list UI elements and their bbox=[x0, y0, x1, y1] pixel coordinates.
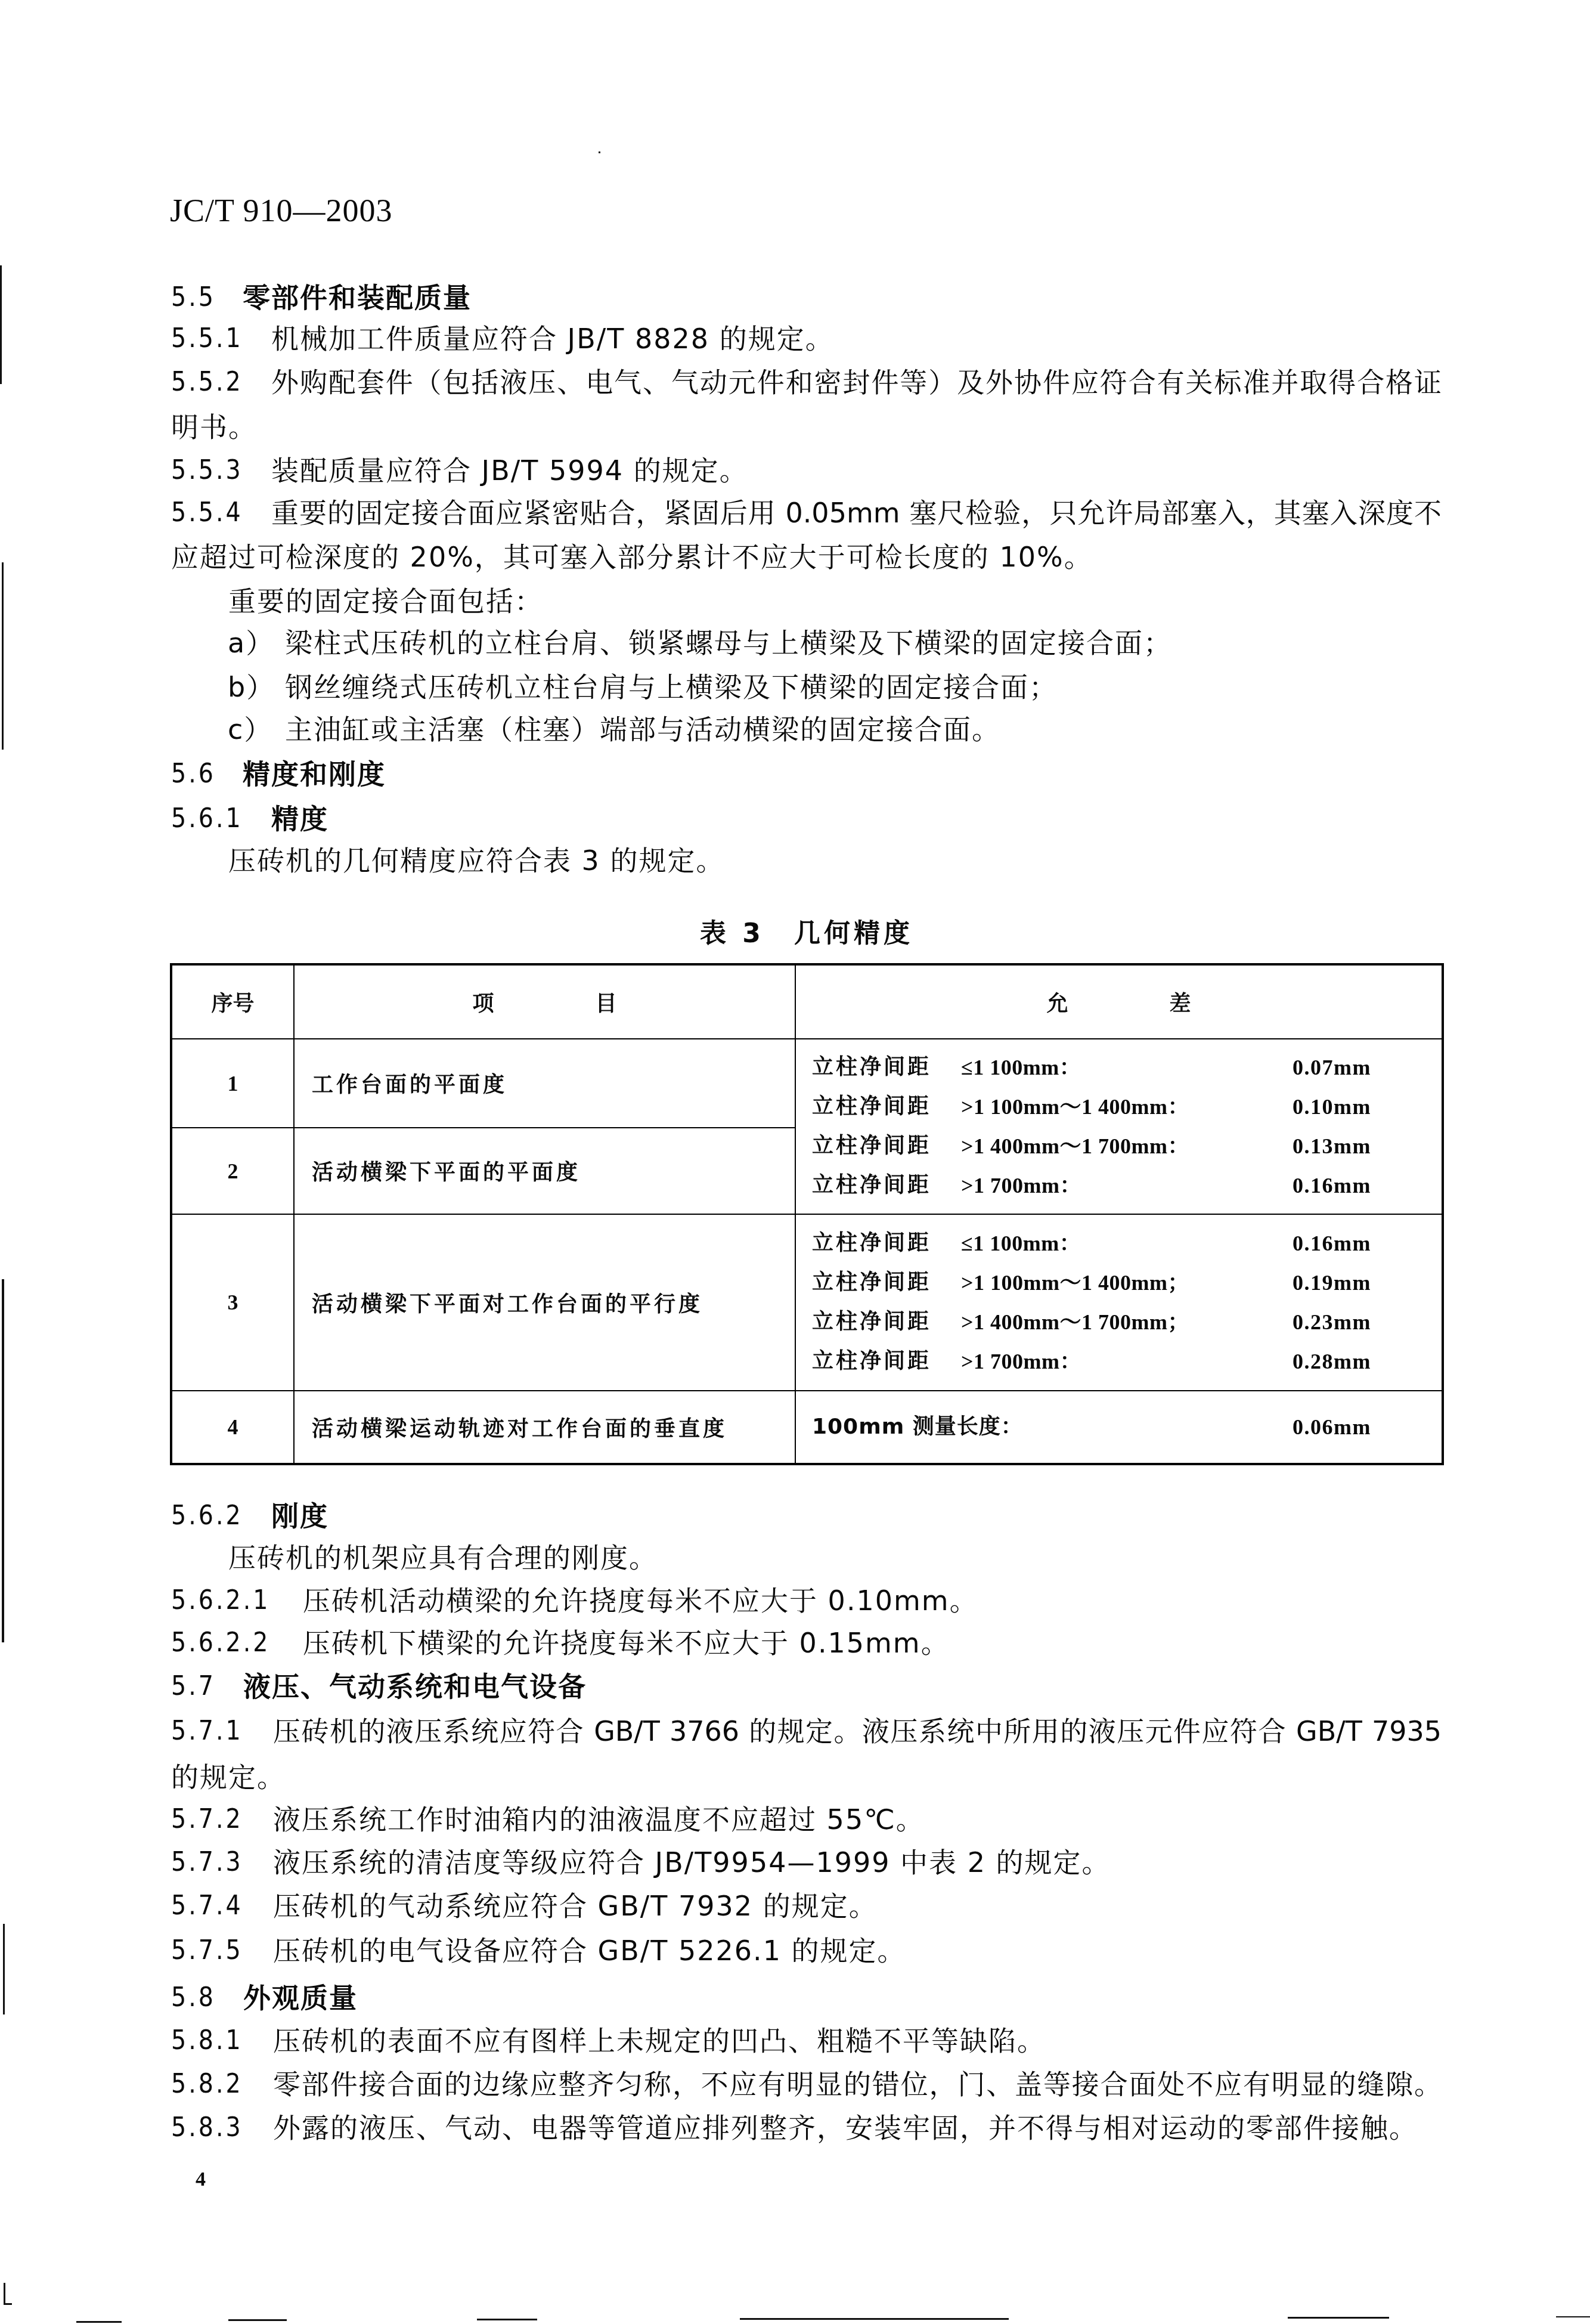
table-row: 1 工作台面的平面度 立柱净间距 ≤1 100mm： 0.07mm 立柱净间距 … bbox=[171, 1039, 1443, 1128]
clause-text: 压砖机的液压系统应符合 GB/T 3766 的规定。液压系统中所用的液压元件应符… bbox=[273, 1713, 1442, 1749]
tolerance-value: 0.13mm bbox=[1293, 1127, 1371, 1166]
clause-number: 5.6.2 bbox=[171, 1498, 243, 1534]
clause-title: 精度和刚度 bbox=[243, 756, 386, 792]
tolerance-cell: 立柱净间距 ≤1 100mm： 0.16mm 立柱净间距 >1 100mm～1 … bbox=[795, 1214, 1443, 1391]
tolerance-line: 立柱净间距 ≤1 100mm： 0.07mm bbox=[796, 1048, 1442, 1087]
scan-edge-mark bbox=[2, 562, 4, 750]
header-item: 项目 bbox=[294, 964, 795, 1039]
tolerance-line: 立柱净间距 >1 400mm～1 700mm； 0.23mm bbox=[796, 1302, 1442, 1342]
tolerance-value: 0.16mm bbox=[1293, 1166, 1371, 1205]
clause-text: 压砖机的气动系统应符合 GB/T 7932 的规定。 bbox=[273, 1888, 878, 1924]
clause-text: 的规定。 bbox=[171, 1759, 286, 1795]
table-header-row: 序号 项目 允差 bbox=[171, 964, 1443, 1039]
tolerance-line: 立柱净间距 >1 100mm～1 400mm； 0.19mm bbox=[796, 1263, 1442, 1302]
clause-text: 明书。 bbox=[171, 409, 257, 445]
scan-bottom-mark bbox=[740, 2318, 1009, 2320]
scan-bottom-mark bbox=[228, 2319, 287, 2321]
tolerance-label: 立柱净间距 bbox=[812, 1127, 931, 1166]
table-caption: 表 3 几何精度 bbox=[628, 916, 985, 952]
page-number: 4 bbox=[196, 2168, 206, 2192]
tolerance-label: 立柱净间距 bbox=[812, 1048, 931, 1087]
header-item-char: 目 bbox=[596, 992, 617, 1016]
clause-number: 5.5.1 bbox=[171, 321, 243, 357]
standard-code-header: JC/T 910—2003 bbox=[170, 193, 393, 228]
scan-corner-mark bbox=[4, 2283, 5, 2304]
list-item-text: 钢丝缠绕式压砖机立柱台肩与上横梁及下横梁的固定接合面； bbox=[285, 669, 1058, 705]
geometric-accuracy-table: 序号 项目 允差 1 工作台面的平面度 立柱净间距 ≤1 100mm： 0.07… bbox=[170, 963, 1444, 1465]
list-intro-text: 重要的固定接合面包括： bbox=[228, 583, 543, 619]
tolerance-range: >1 400mm～1 700mm： bbox=[961, 1127, 1189, 1166]
clause-title: 液压、气动系统和电气设备 bbox=[243, 1669, 587, 1704]
row-item: 活动横梁下平面的平面度 bbox=[294, 1128, 795, 1214]
row-item: 活动横梁下平面对工作台面的平行度 bbox=[294, 1214, 795, 1391]
header-tolerance-char: 差 bbox=[1170, 992, 1191, 1016]
scan-bottom-mark bbox=[76, 2321, 122, 2323]
tolerance-range: >1 700mm： bbox=[961, 1342, 1081, 1381]
clause-number: 5.7.4 bbox=[171, 1888, 243, 1924]
table-row: 4 活动横梁运动轨迹对工作台面的垂直度 100mm 测量长度： 0.06mm bbox=[171, 1391, 1443, 1464]
document-page: JC/T 910—2003 5.5 零部件和装配质量 5.5.1 机械加工件质量… bbox=[0, 0, 1590, 2324]
clause-text: 压砖机的几何精度应符合表 3 的规定。 bbox=[228, 843, 725, 878]
clause-text: 压砖机下横梁的允许挠度每米不应大于 0.15mm。 bbox=[303, 1625, 950, 1661]
clause-number: 5.7 bbox=[171, 1669, 216, 1704]
clause-number: 5.7.1 bbox=[171, 1713, 243, 1749]
clause-text: 应超过可检深度的 20%，其可塞入部分累计不应大于可检长度的 10%。 bbox=[171, 539, 1093, 575]
clause-number: 5.5 bbox=[171, 280, 216, 315]
tolerance-label: 立柱净间距 bbox=[812, 1224, 931, 1263]
tolerance-line: 立柱净间距 >1 400mm～1 700mm： 0.13mm bbox=[796, 1127, 1442, 1166]
clause-text: 压砖机活动横梁的允许挠度每米不应大于 0.10mm。 bbox=[303, 1583, 978, 1619]
clause-number: 5.8.1 bbox=[171, 2023, 243, 2059]
clause-text: 外购配套件（包括液压、电气、气动元件和密封件等）及外协件应符合有关标准并取得合格… bbox=[271, 364, 1442, 400]
tolerance-value: 0.19mm bbox=[1293, 1263, 1371, 1302]
clause-text: 液压系统的清洁度等级应符合 JB/T9954—1999 中表 2 的规定。 bbox=[273, 1845, 1111, 1880]
clause-text: 外露的液压、气动、电器等管道应排列整齐，安装牢固，并不得与相对运动的零部件接触。 bbox=[273, 2110, 1418, 2146]
clause-text: 液压系统工作时油箱内的油液温度不应超过 55℃。 bbox=[273, 1802, 925, 1837]
tolerance-label: 立柱净间距 bbox=[812, 1166, 931, 1205]
clause-text: 重要的固定接合面应紧密贴合，紧固后用 0.05mm 塞尺检验，只允许局部塞入，其… bbox=[271, 495, 1442, 531]
clause-title: 外观质量 bbox=[243, 1980, 358, 2016]
header-tolerance-char: 允 bbox=[1046, 992, 1068, 1016]
clause-number: 5.5.4 bbox=[171, 495, 243, 531]
list-item-text: 梁柱式压砖机的立柱台肩、锁紧螺母与上横梁及下横梁的固定接合面； bbox=[285, 625, 1172, 661]
scan-bottom-mark bbox=[1288, 2317, 1389, 2319]
clause-title: 零部件和装配质量 bbox=[243, 280, 472, 315]
scan-corner-mark bbox=[4, 2303, 12, 2305]
tolerance-range: ≤1 100mm： bbox=[961, 1224, 1081, 1263]
tolerance-value: 0.07mm bbox=[1293, 1048, 1371, 1087]
row-item: 活动横梁运动轨迹对工作台面的垂直度 bbox=[294, 1391, 795, 1464]
scan-bottom-mark bbox=[477, 2319, 537, 2320]
list-item-label: a） bbox=[228, 625, 274, 661]
scan-edge-mark bbox=[3, 1924, 5, 2014]
tolerance-value: 0.10mm bbox=[1293, 1087, 1371, 1127]
row-seq: 4 bbox=[171, 1391, 294, 1464]
tolerance-label: 100mm 测量长度： bbox=[812, 1407, 1023, 1447]
clause-text: 装配质量应符合 JB/T 5994 的规定。 bbox=[271, 453, 748, 488]
tolerance-line: 立柱净间距 ≤1 100mm： 0.16mm bbox=[796, 1224, 1442, 1263]
clause-title: 精度 bbox=[271, 801, 328, 837]
list-item-label: c） bbox=[228, 711, 272, 747]
table-row: 3 活动横梁下平面对工作台面的平行度 立柱净间距 ≤1 100mm： 0.16m… bbox=[171, 1214, 1443, 1391]
tolerance-value: 0.06mm bbox=[1293, 1407, 1371, 1447]
clause-number: 5.6.2.2 bbox=[171, 1625, 270, 1661]
clause-number: 5.7.3 bbox=[171, 1845, 243, 1880]
row-seq: 2 bbox=[171, 1128, 294, 1214]
tolerance-label: 立柱净间距 bbox=[812, 1087, 931, 1127]
clause-number: 5.7.2 bbox=[171, 1802, 243, 1837]
tolerance-line: 立柱净间距 >1 700mm： 0.28mm bbox=[796, 1342, 1442, 1381]
tolerance-cell: 100mm 测量长度： 0.06mm bbox=[795, 1391, 1443, 1464]
scan-bottom-mark bbox=[1556, 2316, 1590, 2317]
clause-number: 5.8.3 bbox=[171, 2110, 243, 2146]
tolerance-range: >1 700mm： bbox=[961, 1166, 1081, 1205]
tolerance-range: >1 100mm～1 400mm； bbox=[961, 1263, 1189, 1302]
row-seq: 3 bbox=[171, 1214, 294, 1391]
tolerance-value: 0.23mm bbox=[1293, 1302, 1371, 1342]
tolerance-cell: 立柱净间距 ≤1 100mm： 0.07mm 立柱净间距 >1 100mm～1 … bbox=[795, 1039, 1443, 1214]
header-seq: 序号 bbox=[171, 964, 294, 1039]
tolerance-value: 0.16mm bbox=[1293, 1224, 1371, 1263]
scan-edge-mark bbox=[0, 265, 2, 384]
tolerance-value: 0.28mm bbox=[1293, 1342, 1371, 1381]
clause-number: 5.7.5 bbox=[171, 1933, 243, 1969]
clause-number: 5.6.2.1 bbox=[171, 1583, 270, 1619]
clause-text: 压砖机的表面不应有图样上未规定的凹凸、粗糙不平等缺陷。 bbox=[273, 2023, 1046, 2059]
tolerance-line: 100mm 测量长度： 0.06mm bbox=[796, 1407, 1442, 1447]
tolerance-line: 立柱净间距 >1 100mm～1 400mm： 0.10mm bbox=[796, 1087, 1442, 1127]
scan-dot bbox=[599, 151, 600, 153]
clause-title: 刚度 bbox=[271, 1498, 328, 1534]
row-seq: 1 bbox=[171, 1039, 294, 1128]
tolerance-range: ≤1 100mm： bbox=[961, 1048, 1081, 1087]
scan-edge-mark bbox=[2, 1279, 4, 1642]
clause-number: 5.5.3 bbox=[171, 453, 243, 488]
clause-number: 5.5.2 bbox=[171, 364, 243, 400]
clause-text: 压砖机的机架应具有合理的刚度。 bbox=[228, 1540, 658, 1576]
clause-number: 5.8.2 bbox=[171, 2066, 243, 2102]
tolerance-label: 立柱净间距 bbox=[812, 1342, 931, 1381]
tolerance-label: 立柱净间距 bbox=[812, 1263, 931, 1302]
list-item-text: 主油缸或主活塞（柱塞）端部与活动横梁的固定接合面。 bbox=[285, 711, 1000, 747]
tolerance-label: 立柱净间距 bbox=[812, 1302, 931, 1342]
list-item-label: b） bbox=[228, 669, 275, 705]
clause-text: 零部件接合面的边缘应整齐匀称，不应有明显的错位，门、盖等接合面处不应有明显的缝隙… bbox=[273, 2066, 1442, 2102]
clause-text: 压砖机的电气设备应符合 GB/T 5226.1 的规定。 bbox=[273, 1933, 906, 1969]
clause-number: 5.8 bbox=[171, 1980, 216, 2016]
header-tolerance: 允差 bbox=[795, 964, 1443, 1039]
clause-number: 5.6 bbox=[171, 756, 216, 792]
clause-text: 机械加工件质量应符合 JB/T 8828 的规定。 bbox=[271, 321, 834, 357]
tolerance-range: >1 400mm～1 700mm； bbox=[961, 1302, 1189, 1342]
row-item: 工作台面的平面度 bbox=[294, 1039, 795, 1128]
tolerance-line: 立柱净间距 >1 700mm： 0.16mm bbox=[796, 1166, 1442, 1205]
clause-number: 5.6.1 bbox=[171, 801, 243, 837]
tolerance-range: >1 100mm～1 400mm： bbox=[961, 1087, 1189, 1127]
header-item-char: 项 bbox=[472, 992, 494, 1016]
